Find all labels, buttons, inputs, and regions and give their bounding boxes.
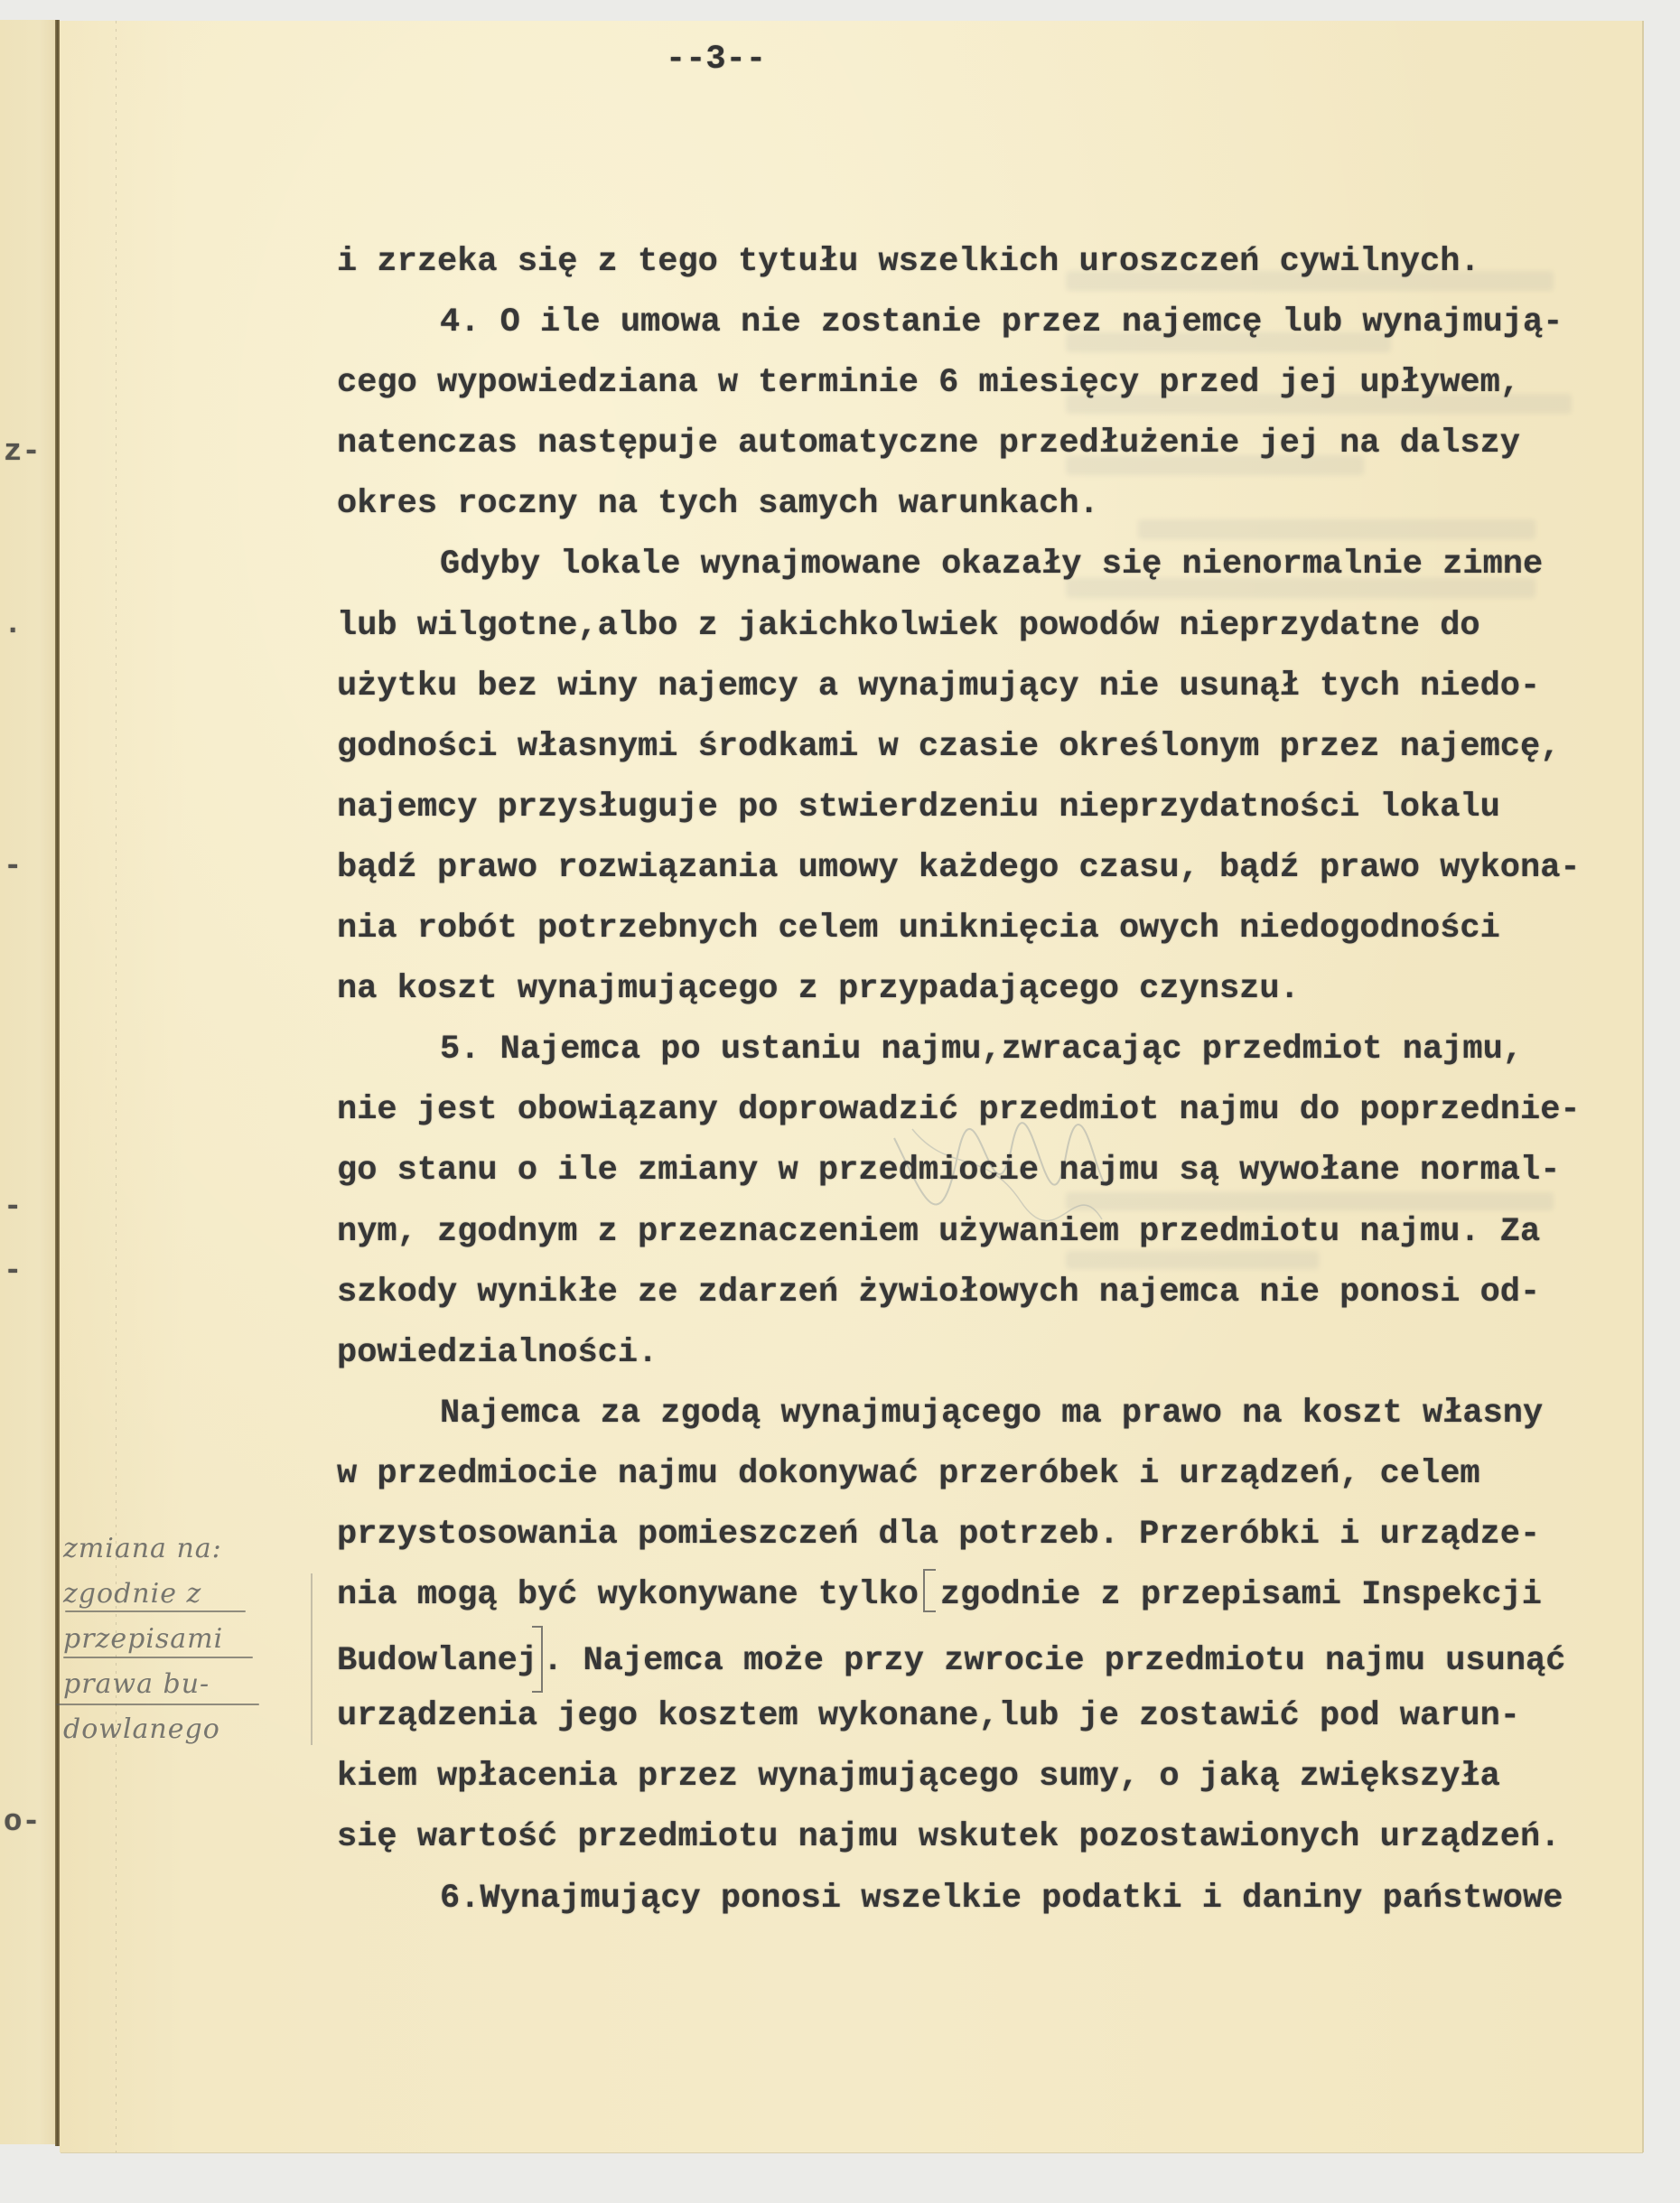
text-line: Gdyby lokale wynajmowane okazały się nie… (337, 535, 1629, 595)
pencil-underline (63, 1657, 253, 1658)
text-line: nia mogą być wykonywane tylkozgodnie z p… (337, 1565, 1629, 1626)
text-line: urządzenia jego kosztem wykonane,lub je … (337, 1686, 1629, 1747)
pencil-underline (65, 1610, 246, 1612)
note-line: prawa bu- (63, 1662, 298, 1707)
adjacent-page-fragment: - (4, 1254, 22, 1290)
text-line: Najemca za zgodą wynajmującego ma prawo … (337, 1384, 1629, 1444)
text-line: go stanu o ile zmiany w przedmiocie najm… (337, 1141, 1629, 1201)
text-line: i zrzeka się z tego tytułu wszelkich uro… (337, 232, 1629, 293)
text-line: 4. O ile umowa nie zostanie przez najemc… (337, 293, 1629, 353)
adjacent-page-fragment: - (4, 849, 22, 885)
text-line: najemcy przysługuje po stwierdzeniu niep… (337, 778, 1629, 838)
text-line: szkody wynikłe ze zdarzeń żywiołowych na… (337, 1263, 1629, 1323)
text-segment: . Najemca może przy zwrocie przedmiotu n… (543, 1642, 1565, 1680)
text-line: okres roczny na tych samych warunkach. (337, 474, 1629, 535)
text-line: nym, zgodnym z przeznaczeniem używaniem … (337, 1202, 1629, 1263)
adjacent-page-fragment: z- (4, 434, 41, 471)
page-number: --3-- (666, 40, 766, 79)
text-line: się wartość przedmiotu najmu wskutek poz… (337, 1807, 1629, 1868)
text-segment: zgodnie z przepisami Inspekcji (940, 1576, 1542, 1614)
text-line: godności własnymi środkami w czasie okre… (337, 717, 1629, 778)
text-line: lub wilgotne,albo z jakichkolwiek powodó… (337, 596, 1629, 657)
adjacent-page-fragment: . (4, 607, 22, 643)
pencil-underline (56, 1704, 259, 1705)
text-line: użytku bez winy najemcy a wynajmujący ni… (337, 657, 1629, 717)
text-line: przystosowania pomieszczeń dla potrzeb. … (337, 1505, 1629, 1565)
handwritten-margin-note: zmiana na: zgodnie z przepisami prawa bu… (63, 1526, 298, 1752)
adjacent-page-fragment: o- (4, 1805, 41, 1841)
text-segment: Budowlanej (337, 1642, 537, 1680)
text-line: na koszt wynajmującego z przypadającego … (337, 959, 1629, 1020)
text-line: 5. Najemca po ustaniu najmu,zwracając pr… (337, 1020, 1629, 1080)
page-right-edge (1642, 21, 1644, 2152)
note-line: przepisami (63, 1617, 298, 1662)
adjacent-page-fragment: - (4, 1190, 22, 1226)
text-line: w przedmiocie najmu dokonywać przeróbek … (337, 1444, 1629, 1505)
text-line: powiedzialności. (337, 1323, 1629, 1384)
text-line: kiem wpłacenia przez wynajmującego sumy,… (337, 1747, 1629, 1807)
text-line: Budowlanej. Najemca może przy zwrocie pr… (337, 1626, 1629, 1686)
text-line: bądź prawo rozwiązania umowy każdego cza… (337, 838, 1629, 899)
document-body: i zrzeka się z tego tytułu wszelkich uro… (337, 232, 1629, 1929)
text-line: cego wypowiedziana w terminie 6 miesięcy… (337, 353, 1629, 414)
note-line: dowlanego (63, 1707, 298, 1752)
pencil-close-bracket-icon (532, 1626, 543, 1693)
text-segment: nia mogą być wykonywane tylko (337, 1576, 919, 1614)
text-line: nie jest obowiązany doprowadzić przedmio… (337, 1080, 1629, 1141)
text-line: 6.Wynajmujący ponosi wszelkie podatki i … (337, 1869, 1629, 1929)
pencil-margin-line (311, 1573, 313, 1745)
paper-crease (116, 21, 117, 2152)
note-line: zmiana na: (63, 1526, 298, 1572)
text-line: nia robót potrzebnych celem uniknięcia o… (337, 899, 1629, 959)
pencil-open-bracket-icon (923, 1569, 936, 1612)
text-line: natenczas następuje automatyczne przedłu… (337, 414, 1629, 474)
